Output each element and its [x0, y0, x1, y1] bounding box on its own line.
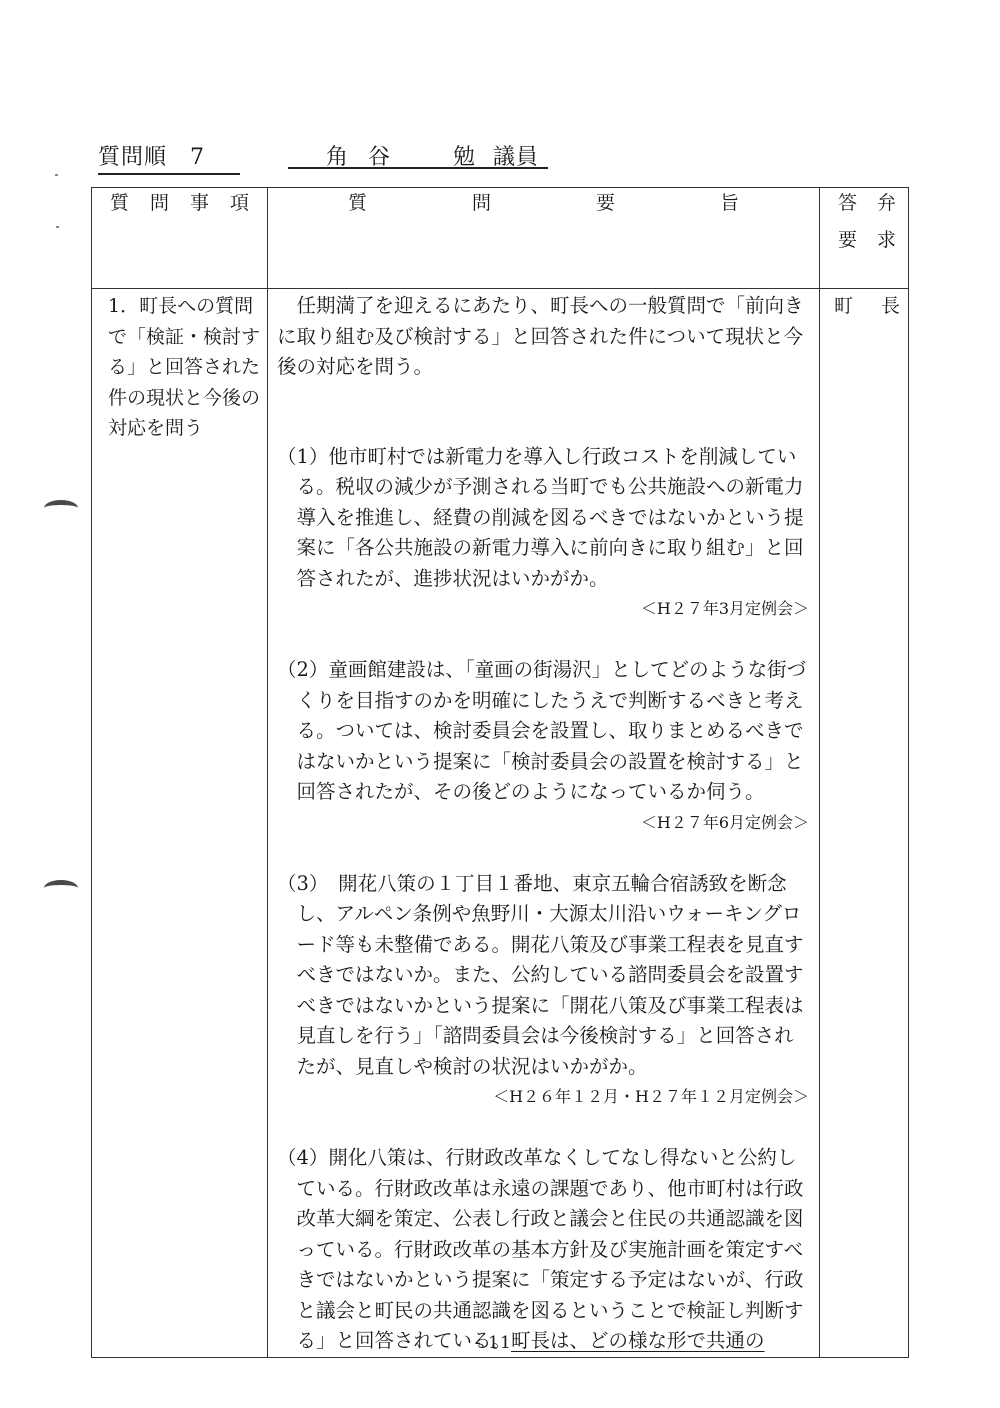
answer-request-cell: 町 長	[820, 289, 909, 1358]
header-answer-request: 答 弁 要 求	[820, 188, 909, 289]
member-name-part: 勉	[453, 140, 476, 171]
punch-hole-mark	[44, 500, 78, 516]
scan-speck	[55, 174, 58, 176]
header-char: 事	[190, 188, 209, 215]
page-number: - 11 -	[0, 1333, 1000, 1353]
header-char: 旨	[720, 188, 739, 215]
header-char: 求	[867, 225, 896, 252]
gist-source-2: ＜H２７年6月定例会＞	[277, 808, 813, 838]
gist-subitem-3: （3） 開花八策の１丁目１番地、東京五輪合宿誘致を断念し、アルペン条例や魚野川・…	[277, 869, 813, 1083]
header-question-gist: 質 問 要 旨	[268, 188, 820, 289]
table-header-row: 質 問 事 項 質 問 要 旨 答 弁 要 求	[92, 188, 909, 289]
request-char: 町	[834, 291, 853, 322]
header-char: 答	[838, 188, 867, 215]
request-char: 長	[881, 291, 900, 322]
gist-source-1: ＜H２７年3月定例会＞	[277, 594, 813, 624]
gist-source-3: ＜H２６年１２月・H２７年１２月定例会＞	[277, 1082, 813, 1112]
question-order: 質問順 7	[98, 140, 240, 175]
member-name-part: 角	[326, 140, 349, 171]
header-char: 質	[348, 188, 367, 215]
header-char: 弁	[867, 188, 896, 215]
table-row: 1．町長への質問で「検証・検討する」と回答された件の現状と今後の対応を問う 任期…	[92, 289, 909, 1358]
header-char: 問	[150, 188, 169, 215]
gist-subitem-4-text: （4）開化八策は、行財政改革なくしてなし得ないと公約している。行財政改革は永遠の…	[277, 1146, 804, 1352]
question-item-text: 1．町長への質問で「検証・検討する」と回答された件の現状と今後の対応を問う	[92, 289, 267, 444]
header-char: 要	[838, 225, 867, 252]
gist-subitem-4: （4）開化八策は、行財政改革なくしてなし得ないと公約している。行財政改革は永遠の…	[277, 1143, 813, 1357]
punch-hole-mark	[44, 880, 78, 896]
header-char: 項	[230, 188, 249, 215]
answer-request-value: 町 長	[820, 289, 908, 322]
question-item-cell: 1．町長への質問で「検証・検討する」と回答された件の現状と今後の対応を問う	[92, 289, 268, 1358]
member-name-part: 議員	[493, 140, 539, 171]
gist-subitem-2: （2）童画館建設は、「童画の街湯沢」としてどのような街づくりを目指すのかを明確に…	[277, 655, 813, 808]
gist-subitem-1: （1）他市町村では新電力を導入し行政コストを削減している。税収の減少が予測される…	[277, 442, 813, 595]
header-char: 要	[596, 188, 615, 215]
header-char: 問	[472, 188, 491, 215]
header-question-item: 質 問 事 項	[92, 188, 268, 289]
question-table: 質 問 事 項 質 問 要 旨 答 弁 要 求 1．町長への質問で「検	[91, 187, 909, 1358]
scan-speck	[56, 226, 59, 228]
question-gist-cell: 任期満了を迎えるにあたり、町長への一般質問で「前向きに取り組む及び検討する」と回…	[268, 289, 820, 1358]
gist-intro: 任期満了を迎えるにあたり、町長への一般質問で「前向きに取り組む及び検討する」と回…	[277, 291, 813, 383]
member-name-part: 谷	[368, 140, 391, 171]
member-name: . 角 谷 勉 議員	[288, 140, 548, 169]
header-char: 質	[110, 188, 129, 215]
